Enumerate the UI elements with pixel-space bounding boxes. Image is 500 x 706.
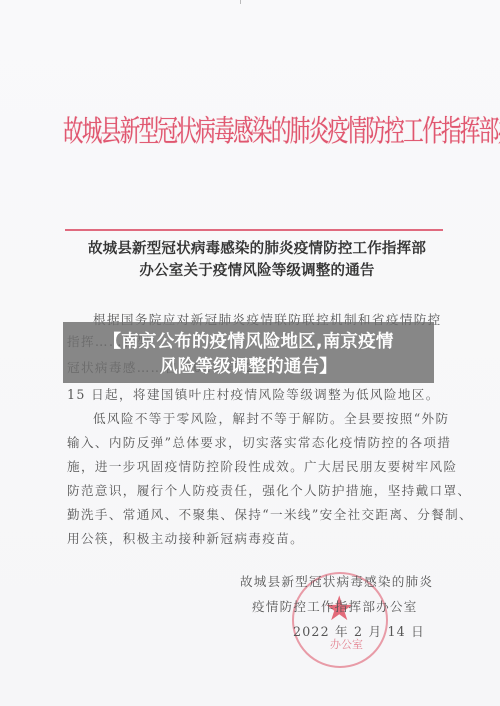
red-divider-line xyxy=(65,229,443,231)
signature-org-line-1: 故城县新型冠状病毒感染的肺炎 xyxy=(240,571,433,590)
document-page: 故城县新型冠状病毒感染的肺炎疫情防控工作指挥部办公室 故城县新型冠状病毒感染的肺… xyxy=(0,0,500,706)
body-line: 用公筷，积极主动接种新冠病毒疫苗。 xyxy=(67,528,443,547)
body-line: 低风险不等于零风险，解封不等于解防。全县要按照“外防 xyxy=(67,408,469,427)
body-line: 施，进一步巩固疫情防控阶段性成效。广大居民朋友要树牢风险 xyxy=(67,456,443,475)
signature-date: 2022 年 2 月 14 日 xyxy=(293,621,425,640)
banner-title-line-2: 风险等级调整的通告】 xyxy=(63,353,434,378)
signature-org-line-2: 疫情防控工作指挥部办公室 xyxy=(252,596,418,615)
body-line: 15 日起，将建国镇叶庄村疫情风险等级调整为低风险地区。 xyxy=(67,384,443,403)
scan-mark xyxy=(240,0,241,4)
document-title-line-1: 故城县新型冠状病毒感染的肺炎疫情防控工作指挥部 xyxy=(62,237,452,258)
document-title-line-2: 办公室关于疫情风险等级调整的通告 xyxy=(62,259,452,280)
overlay-title-banner: 【南京公布的疫情风险地区,南京疫情 风险等级调整的通告】 xyxy=(63,322,434,383)
body-line: 输入、内防反弹”总体要求，切实落实常态化疫情防控的各项措 xyxy=(67,432,443,451)
red-letterhead: 故城县新型冠状病毒感染的肺炎疫情防控工作指挥部办公室 xyxy=(63,106,449,150)
body-line: 勤洗手、常通风、不聚集、保持“一米线”安全社交距离、分餐制、 xyxy=(67,504,443,523)
body-line: 防范意识，履行个人防疫责任，强化个人防护措施，坚持戴口罩、 xyxy=(67,480,443,499)
banner-title-line-1: 【南京公布的疫情风险地区,南京疫情 xyxy=(63,328,434,353)
